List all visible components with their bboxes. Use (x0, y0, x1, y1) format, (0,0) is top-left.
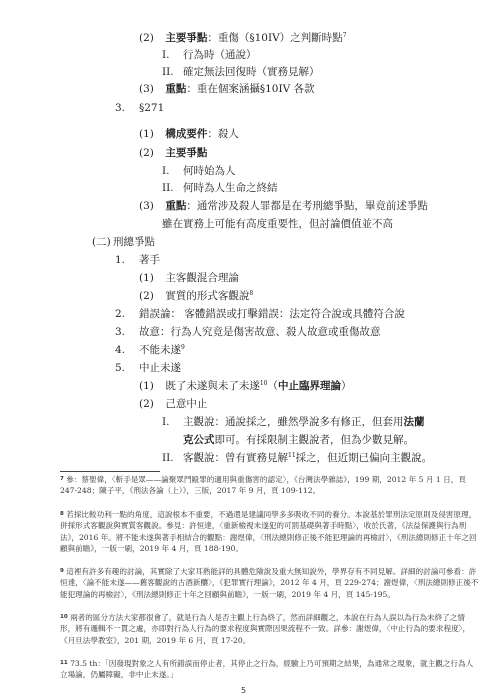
item-text: 著手 (139, 254, 160, 266)
item-text: 既了未遂與未了未遂 (165, 380, 260, 392)
bold-label: 中止臨界理論 (278, 380, 341, 392)
bold-label: 主要爭點 (165, 147, 207, 159)
outline-item: I.主觀說：通說採之，雖然學說多有修正，但套用法蘭 (162, 414, 425, 430)
footnote-7: 7 參：蔡聖偉，〈斬手是眾——論聚眾鬥毆罪的適用與重傷害的認定〉，《台灣法學雜誌… (60, 474, 480, 497)
footnote-text: 這裡有許多有趣的討論，其實除了大家耳熟能詳的具體危險說及重大無知說外，學界存有不… (60, 567, 478, 599)
item-text: 確定無法回復時（實務見解） (183, 66, 320, 78)
item-number: I. (162, 47, 183, 63)
section-heading: (二)刑總爭點 (92, 234, 155, 250)
footnote-text: 73.5 th：「因發現對象之人有所錯誤而停止者，其停止之行為，經驗上乃可預期之… (60, 659, 473, 679)
item-number: (2) (139, 396, 162, 412)
footnote-text: 兩者的區分方法大家都很會了，就是行為人是否主觀上行為終了，然而詳細觀之，本說在行… (60, 613, 470, 645)
item-text: §271 (139, 102, 164, 114)
item-text: 己意中止 (165, 398, 207, 410)
footnote-9: 9 這裡有許多有趣的討論，其實除了大家耳熟能詳的具體危險說及重大無知說外，學界存… (60, 566, 480, 600)
outline-item: (2) 實質的形式客觀說8 (139, 288, 253, 304)
footnote-ref[interactable]: 10 (260, 380, 268, 387)
outline-item: (2) 主要爭點 (139, 145, 207, 161)
item-text: ：通常涉及殺人罪都是在考刑總爭點，畢竟前述爭點 (186, 200, 428, 212)
item-text: 客觀說：曾有實務見解 (183, 452, 288, 464)
footnote-ref[interactable]: 11 (288, 452, 296, 459)
outline-item-continuation: 雖在實務上可能有高度重要性，但討論價值並不高 (162, 216, 393, 232)
outline-item: 1.著手 (115, 252, 160, 268)
item-text: 故意：行為人究竟是傷害故意、殺人故意或重傷故意 (139, 326, 381, 338)
footnote-separator (60, 471, 160, 472)
footnote-text: 若採比較功利一點的角度，這說根本不重要，不過還是建議同學多多吸收不同的養分。本說… (60, 510, 477, 553)
bold-label: 重點 (165, 200, 186, 212)
item-text: 實質的形式客觀說 (165, 290, 249, 302)
item-number: I. (162, 163, 183, 179)
item-number: (3) (139, 198, 162, 214)
footnote-8: 8 若採比較功利一點的角度，這說根本不重要，不過還是建議同學多多吸收不同的養分。… (60, 509, 480, 554)
item-number: (2) (139, 288, 162, 304)
paren-close: ） (341, 380, 352, 392)
outline-item: (2) 主要爭點：重傷（§10IV）之判斷時點7 (139, 30, 347, 46)
outline-item: I.行為時（通說） (162, 47, 257, 63)
outline-item: II.何時為人生命之終結 (162, 180, 278, 196)
outline-item: 5.中止未遂 (115, 360, 181, 376)
item-text: 錯誤論： 客體錯誤或打擊錯誤：法定符合說或具體符合說 (139, 308, 405, 320)
bold-label: 法蘭 (404, 416, 425, 428)
item-number: 4. (115, 342, 139, 358)
outline-item-continuation: 克公式即可。有採限制主觀說者，但為少數見解。 (183, 432, 414, 448)
footnote-text: 參：蔡聖偉，〈斬手是眾——論聚眾鬥毆罪的適用與重傷害的認定〉，《台灣法學雜誌》，… (60, 475, 466, 495)
outline-item: 2.錯誤論： 客體錯誤或打擊錯誤：法定符合說或具體符合說 (115, 306, 405, 322)
bold-label: 重點 (165, 83, 186, 95)
outline-item: (1) 既了未遂與未了未遂10（中止臨界理論） (139, 378, 351, 394)
footnote-number: 10 (60, 614, 68, 620)
bold-label: 主要爭點 (165, 32, 207, 44)
item-number: 3. (115, 324, 139, 340)
item-number: (1) (139, 126, 162, 142)
outline-item: II.客觀說：曾有實務見解11採之，但近期已偏向主觀說。 (162, 450, 432, 466)
item-text: ：重傷（§10IV）之判斷時點 (207, 32, 342, 44)
footnote-ref[interactable]: 7 (343, 32, 347, 39)
item-text: 即可。有採限制主觀說者，但為少數見解。 (215, 434, 415, 446)
footnote-ref[interactable]: 8 (249, 290, 253, 297)
item-text: 採之，但近期已偏向主觀說。 (296, 452, 433, 464)
item-text: ：重在個案涵攝§10IV 各款 (186, 83, 314, 95)
item-number: (2) (139, 30, 162, 46)
outline-item: II.確定無法回復時（實務見解） (162, 64, 320, 80)
outline-item: (3) 重點：通常涉及殺人罪都是在考刑總爭點，畢竟前述爭點 (139, 198, 428, 214)
footnote-11: 11 73.5 th：「因發現對象之人有所錯誤而停止者，其停止之行為，經驗上乃可… (60, 658, 480, 681)
outline-item: (2) 己意中止 (139, 396, 207, 412)
footnote-10: 10 兩者的區分方法大家都很會了，就是行為人是否主觀上行為終了，然而詳細觀之，本… (60, 612, 480, 646)
outline-item: (3) 重點：重在個案涵攝§10IV 各款 (139, 81, 315, 97)
paren-open: （ (267, 380, 278, 392)
item-text: 雖在實務上可能有高度重要性，但討論價值並不高 (162, 218, 393, 230)
item-text: 行為時（通說） (183, 49, 257, 61)
outline-item: 3.§271 (115, 100, 164, 116)
item-number: 3. (115, 100, 139, 116)
item-number: II. (162, 450, 183, 466)
footnote-ref[interactable]: 9 (181, 344, 185, 351)
item-text: 何時為人生命之終結 (183, 182, 278, 194)
item-text: 刑總爭點 (113, 236, 155, 248)
item-number: (3) (139, 81, 162, 97)
item-number: 1. (115, 252, 139, 268)
item-text: 何時始為人 (183, 165, 236, 177)
item-number: (1) (139, 270, 162, 286)
item-number: (1) (139, 378, 162, 394)
item-number: (二) (92, 234, 113, 250)
item-text: 中止未遂 (139, 362, 181, 374)
item-text: ：殺人 (207, 128, 239, 140)
bold-label: 克公式 (183, 434, 215, 446)
page-number: 5 (241, 686, 246, 695)
bold-label: 構成要件 (165, 128, 207, 140)
outline-item: 3.故意：行為人究竟是傷害故意、殺人故意或重傷故意 (115, 324, 381, 340)
item-text: 不能未遂 (139, 344, 181, 356)
item-text: 主客觀混合理論 (165, 272, 239, 284)
item-number: II. (162, 180, 183, 196)
footnote-number: 11 (60, 660, 68, 666)
document-page: (2) 主要爭點：重傷（§10IV）之判斷時點7 I.行為時（通說） II.確定… (0, 0, 495, 700)
outline-item: (1) 主客觀混合理論 (139, 270, 239, 286)
item-number: 5. (115, 360, 139, 376)
item-number: 2. (115, 306, 139, 322)
outline-item: I.何時始為人 (162, 163, 236, 179)
outline-item: (1) 構成要件：殺人 (139, 126, 239, 142)
item-number: (2) (139, 145, 162, 161)
outline-item: 4.不能未遂9 (115, 342, 185, 358)
item-text: 主觀說：通說採之，雖然學說多有修正，但套用 (183, 416, 404, 428)
item-number: II. (162, 64, 183, 80)
item-number: I. (162, 414, 183, 430)
